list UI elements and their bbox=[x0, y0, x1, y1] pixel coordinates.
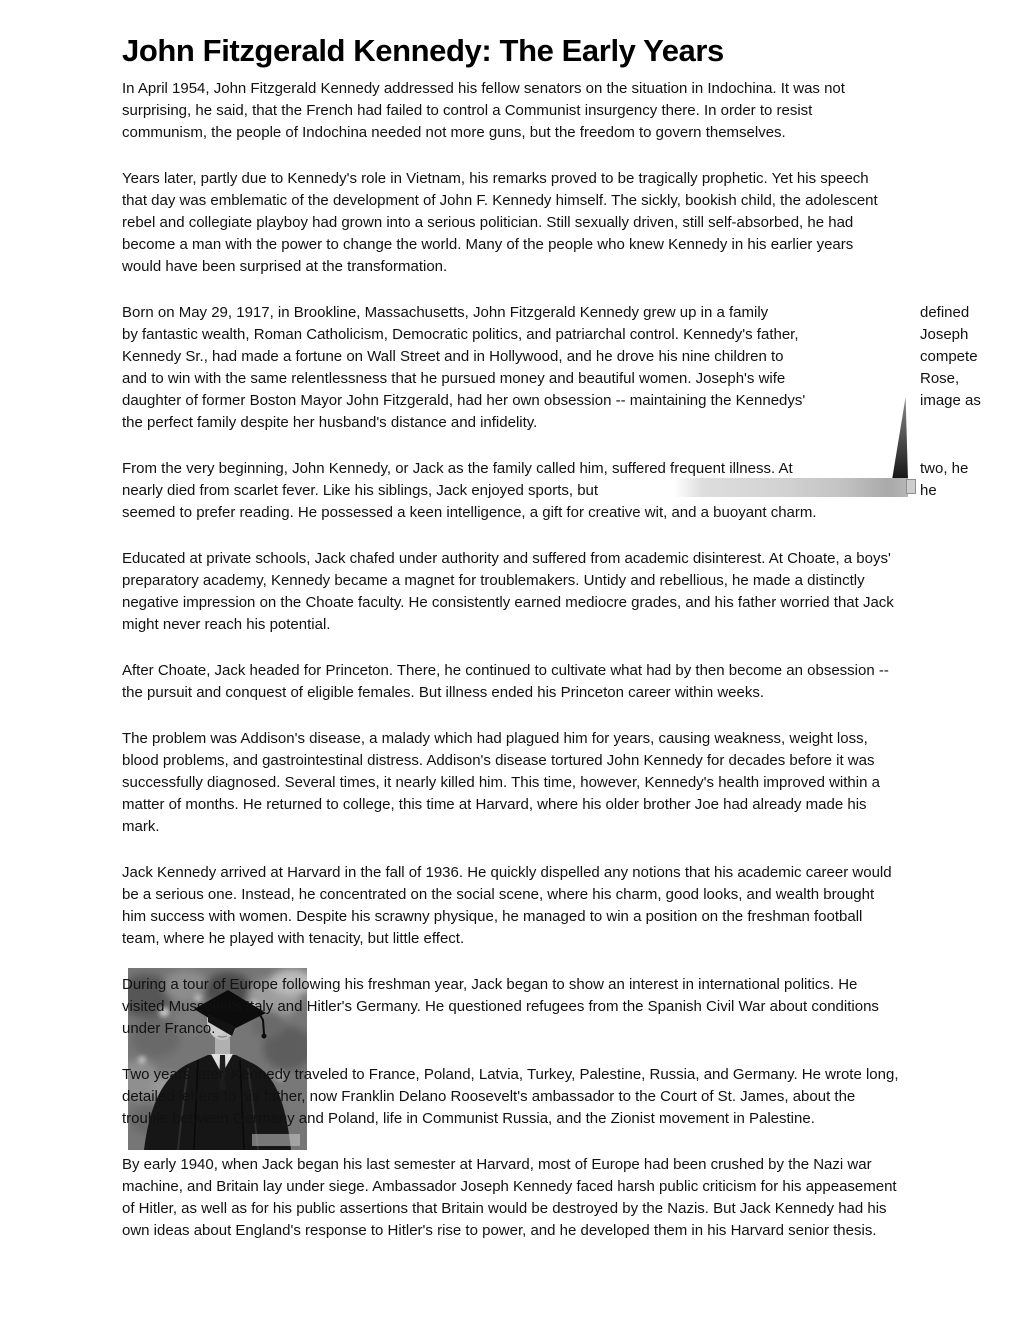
text-line: In April 1954, John Fitzgerald Kennedy a… bbox=[122, 78, 996, 100]
text-line: that day was emblematic of the developme… bbox=[122, 190, 996, 212]
text-line: mark. bbox=[122, 816, 996, 838]
page-title: John Fitzgerald Kennedy: The Early Years bbox=[122, 33, 724, 69]
wrapped-word: he bbox=[920, 480, 937, 502]
text-line: seemed to prefer reading. He possessed a… bbox=[122, 502, 996, 524]
text-line: Kennedy Sr., had made a fortune on Wall … bbox=[122, 346, 996, 368]
text-line: trouble between Germany and Poland, life… bbox=[122, 1108, 996, 1130]
wrapped-word: Rose, bbox=[920, 368, 959, 390]
paragraph: Years later, partly due to Kennedy's rol… bbox=[122, 168, 996, 278]
text-line: detailed letters to his father, now Fran… bbox=[122, 1086, 996, 1108]
paragraph: After Choate, Jack headed for Princeton.… bbox=[122, 660, 996, 704]
text-line: visited Mussolini's Italy and Hitler's G… bbox=[122, 996, 996, 1018]
wrapped-word: defined bbox=[920, 302, 969, 324]
wrapped-word: two, he bbox=[920, 458, 968, 480]
paragraph: Jack Kennedy arrived at Harvard in the f… bbox=[122, 862, 996, 950]
paragraph: During a tour of Europe following his fr… bbox=[122, 974, 996, 1040]
text-line: team, where he played with tenacity, but… bbox=[122, 928, 996, 950]
text-line: blood problems, and gastrointestinal dis… bbox=[122, 750, 996, 772]
text-line: the pursuit and conquest of eligible fem… bbox=[122, 682, 996, 704]
document-page: John Fitzgerald Kennedy: The Early Years… bbox=[0, 0, 1020, 1320]
text-line: Two years later, Kennedy traveled to Fra… bbox=[122, 1064, 996, 1086]
text-line: Years later, partly due to Kennedy's rol… bbox=[122, 168, 996, 190]
article-body: In April 1954, John Fitzgerald Kennedy a… bbox=[122, 78, 996, 1266]
wrapped-word: image as bbox=[920, 390, 981, 412]
text-line: be a serious one. Instead, he concentrat… bbox=[122, 884, 996, 906]
paragraph: In April 1954, John Fitzgerald Kennedy a… bbox=[122, 78, 996, 144]
text-line: During a tour of Europe following his fr… bbox=[122, 974, 996, 996]
text-line: After Choate, Jack headed for Princeton.… bbox=[122, 660, 996, 682]
paragraph: Two years later, Kennedy traveled to Fra… bbox=[122, 1064, 996, 1130]
paragraph: From the very beginning, John Kennedy, o… bbox=[122, 458, 996, 524]
text-line: preparatory academy, Kennedy became a ma… bbox=[122, 570, 996, 592]
text-line: From the very beginning, John Kennedy, o… bbox=[122, 458, 996, 480]
text-line: would have been surprised at the transfo… bbox=[122, 256, 996, 278]
text-line: of Hitler, as well as for his public ass… bbox=[122, 1198, 996, 1220]
text-line: By early 1940, when Jack began his last … bbox=[122, 1154, 996, 1176]
text-line: under Franco. bbox=[122, 1018, 996, 1040]
text-line: successfully diagnosed. Several times, i… bbox=[122, 772, 996, 794]
text-line: matter of months. He returned to college… bbox=[122, 794, 996, 816]
text-line: rebel and collegiate playboy had grown i… bbox=[122, 212, 996, 234]
text-line: him success with women. Despite his scra… bbox=[122, 906, 996, 928]
wrapped-word: compete bbox=[920, 346, 978, 368]
text-line: nearly died from scarlet fever. Like his… bbox=[122, 480, 996, 502]
text-line: daughter of former Boston Mayor John Fit… bbox=[122, 390, 996, 412]
paragraph: By early 1940, when Jack began his last … bbox=[122, 1154, 996, 1242]
text-line: might never reach his potential. bbox=[122, 614, 996, 636]
text-line: own ideas about England's response to Hi… bbox=[122, 1220, 996, 1242]
text-line: and to win with the same relentlessness … bbox=[122, 368, 996, 390]
text-line: by fantastic wealth, Roman Catholicism, … bbox=[122, 324, 996, 346]
paragraph: Educated at private schools, Jack chafed… bbox=[122, 548, 996, 636]
text-line: machine, and Britain lay under siege. Am… bbox=[122, 1176, 996, 1198]
text-line: the perfect family despite her husband's… bbox=[122, 412, 996, 434]
text-line: The problem was Addison's disease, a mal… bbox=[122, 728, 996, 750]
text-line: Educated at private schools, Jack chafed… bbox=[122, 548, 996, 570]
paragraph: Born on May 29, 1917, in Brookline, Mass… bbox=[122, 302, 996, 434]
paragraph: The problem was Addison's disease, a mal… bbox=[122, 728, 996, 838]
text-line: surprising, he said, that the French had… bbox=[122, 100, 996, 122]
text-line: become a man with the power to change th… bbox=[122, 234, 996, 256]
text-line: negative impression on the Choate facult… bbox=[122, 592, 996, 614]
wrapped-word: Joseph bbox=[920, 324, 968, 346]
text-line: Born on May 29, 1917, in Brookline, Mass… bbox=[122, 302, 996, 324]
text-line: Jack Kennedy arrived at Harvard in the f… bbox=[122, 862, 996, 884]
text-line: communism, the people of Indochina neede… bbox=[122, 122, 996, 144]
